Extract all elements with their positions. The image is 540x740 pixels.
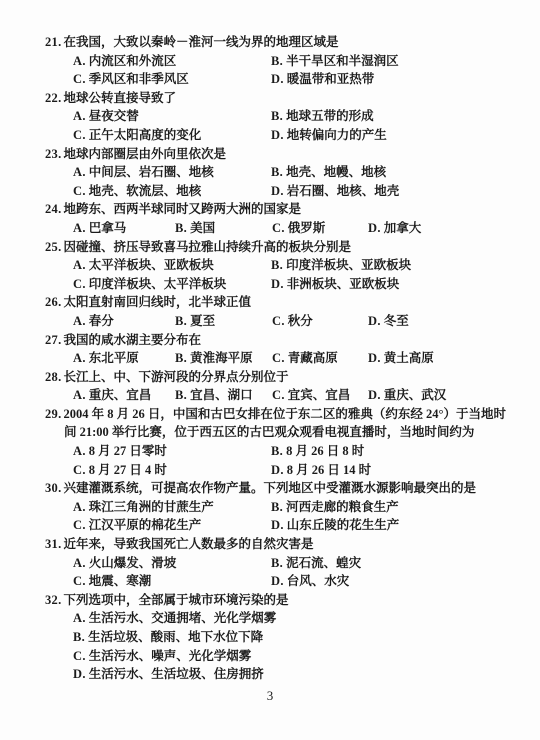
option-label: B. [73,630,85,644]
option: C.正午太阳高度的变化 [73,126,271,145]
options-group: A.珠江三角洲的甘蔗生产B.河西走廊的粮食生产C.江汉平原的棉花生产D.山东丘陵… [73,498,510,535]
question-number: 31. [45,537,62,551]
option-text: 正午太阳高度的变化 [89,128,202,142]
option-label: C. [272,388,285,402]
option-label: C. [73,463,86,477]
option: D.生活污水、生活垃圾、住房拥挤 [73,665,510,684]
option-label: A. [73,165,86,179]
option-label: C. [73,128,86,142]
option-label: B. [271,165,283,179]
option-label: D. [271,184,284,198]
option: B.泥石流、蝗灾 [271,554,510,573]
option: D.重庆、武汉 [368,386,510,405]
option-text: 重庆、武汉 [384,388,447,402]
option-text: 俄罗斯 [288,221,326,235]
option-text: 宜昌、湖口 [190,388,253,402]
question-head: 32.下列选项中，全部属于城市环境污染的是 [45,591,510,610]
question-item: 27.我国的咸水湖主要分布在A.东北平原B.黄淮海平原C.青藏高原D.黄土高原 [45,331,510,368]
option: B.宜昌、湖口 [175,386,272,405]
option-text: 黄淮海平原 [190,351,253,365]
option-text: 8 月 27 日零时 [89,444,167,458]
option-label: D. [368,388,381,402]
option: B.生活垃圾、酸雨、地下水位下降 [73,628,510,647]
question-text: 长江上、中、下游河段的分界点分别位于 [64,370,289,384]
option-label: D. [271,574,284,588]
option-label: C. [73,574,86,588]
question-item: 23.地球内部圈层由外向里依次是A.中间层、岩石圈、地核B.地壳、地幔、地核C.… [45,145,510,201]
option-text: 岩石圈、地核、地壳 [287,184,400,198]
option: B.夏至 [175,312,272,331]
option-text: 河西走廊的粮食生产 [286,500,399,514]
option-label: B. [271,258,283,272]
question-text: 在我国，大致以秦岭－淮河一线为界的地理区域是 [64,35,339,49]
question-head: 25.因碰撞、挤压导致喜马拉雅山持续升高的板块分别是 [45,238,510,257]
option-label: B. [175,351,187,365]
option-text: 泥石流、蝗灾 [286,556,361,570]
question-number: 24. [45,202,62,216]
question-head: 27.我国的咸水湖主要分布在 [45,331,510,350]
option-text: 生活污水、生活垃圾、住房拥挤 [89,667,264,681]
option-text: 加拿大 [384,221,422,235]
option: A.重庆、宜昌 [73,386,175,405]
option-text: 青藏高原 [288,351,338,365]
option-label: B. [271,556,283,570]
option: B.河西走廊的粮食生产 [271,498,510,517]
question-text: 下列选项中，全部属于城市环境污染的是 [64,593,289,607]
option-label: B. [271,109,283,123]
options-group: A.生活污水、交通拥堵、光化学烟雾B.生活垃圾、酸雨、地下水位下降C.生活污水、… [73,609,510,683]
option-text: 江汉平原的棉花生产 [89,518,202,532]
question-head: 29.2004 年 8 月 26 日，中国和古巴女排在位于东二区的雅典（约东经 … [45,405,510,442]
page-number: 3 [0,688,540,704]
question-head: 26.太阳直射南回归线时，北半球正值 [45,293,510,312]
option: C.生活污水、噪声、光化学烟雾 [73,647,510,666]
question-number: 27. [45,333,62,347]
option-label: A. [73,388,86,402]
option: D.地转偏向力的产生 [271,126,510,145]
option-text: 生活垃圾、酸雨、地下水位下降 [88,630,263,644]
option: A.昼夜交替 [73,107,271,126]
options-group: A.内流区和外流区B.半干旱区和半湿润区C.季风区和非季风区D.暖温带和亚热带 [73,52,510,89]
option: D.暖温带和亚热带 [271,70,510,89]
option-text: 半干旱区和半湿润区 [286,54,399,68]
question-item: 24.地跨东、西两半球同时又跨两大洲的国家是A.巴拿马B.美国C.俄罗斯D.加拿… [45,200,510,237]
option: D.冬至 [368,312,510,331]
options-group: A.春分B.夏至C.秋分D.冬至 [73,312,510,331]
option: B.美国 [175,219,272,238]
question-text: 地跨东、西两半球同时又跨两大洲的国家是 [64,202,302,216]
option-label: A. [73,556,86,570]
question-text: 太阳直射南回归线时，北半球正值 [64,295,252,309]
option-label: C. [73,518,86,532]
question-item: 30.兴建灌溉系统，可提高农作物产量。下列地区中受灌溉水源影响最突出的是A.珠江… [45,479,510,535]
option-label: D. [368,351,381,365]
option-label: A. [73,351,86,365]
option: D.黄土高原 [368,349,510,368]
option-text: 火山爆发、滑坡 [89,556,177,570]
question-text: 2004 年 8 月 26 日，中国和古巴女排在位于东二区的雅典（约东经 24°… [64,407,507,440]
options-group: A.火山爆发、滑坡B.泥石流、蝗灾C.地震、寒潮D.台风、水灾 [73,554,510,591]
option: A.8 月 27 日零时 [73,442,271,461]
option: C.江汉平原的棉花生产 [73,516,271,535]
option-label: A. [73,314,86,328]
question-number: 21. [45,35,62,49]
option: B.印度洋板块、亚欧板块 [271,256,510,275]
option-text: 8 月 27 日 4 时 [89,463,167,477]
option: D.岩石圈、地核、地壳 [271,182,510,201]
option: B.地球五带的形成 [271,107,510,126]
question-item: 25.因碰撞、挤压导致喜马拉雅山持续升高的板块分别是A.太平洋板块、亚欧板块B.… [45,238,510,294]
option: D.非洲板块、亚欧板块 [271,275,510,294]
option: A.中间层、岩石圈、地核 [73,163,271,182]
option: A.生活污水、交通拥堵、光化学烟雾 [73,609,510,628]
option: A.春分 [73,312,175,331]
question-number: 25. [45,240,62,254]
option: D.台风、水灾 [271,572,510,591]
option-text: 黄土高原 [384,351,434,365]
option-label: D. [368,221,381,235]
question-item: 28.长江上、中、下游河段的分界点分别位于A.重庆、宜昌B.宜昌、湖口C.宜宾、… [45,368,510,405]
options-group: A.8 月 27 日零时B.8 月 26 日 8 时C.8 月 27 日 4 时… [73,442,510,479]
option-text: 美国 [190,221,215,235]
question-number: 32. [45,593,62,607]
question-text: 近年来，导致我国死亡人数最多的自然灾害是 [64,537,314,551]
option-text: 地球五带的形成 [286,109,374,123]
option-label: A. [73,500,86,514]
option: D.加拿大 [368,219,510,238]
option: A.珠江三角洲的甘蔗生产 [73,498,271,517]
question-number: 26. [45,295,62,309]
option-text: 东北平原 [89,351,139,365]
option-text: 暖温带和亚热带 [287,72,375,86]
question-item: 32.下列选项中，全部属于城市环境污染的是A.生活污水、交通拥堵、光化学烟雾B.… [45,591,510,684]
options-group: A.昼夜交替B.地球五带的形成C.正午太阳高度的变化D.地转偏向力的产生 [73,107,510,144]
option-text: 太平洋板块、亚欧板块 [89,258,214,272]
option-label: B. [271,444,283,458]
option-label: D. [271,277,284,291]
option-label: B. [175,221,187,235]
question-text: 我国的咸水湖主要分布在 [64,333,202,347]
option-text: 生活污水、交通拥堵、光化学烟雾 [89,611,277,625]
option: C.地震、寒潮 [73,572,271,591]
options-group: A.巴拿马B.美国C.俄罗斯D.加拿大 [73,219,510,238]
question-text: 因碰撞、挤压导致喜马拉雅山持续升高的板块分别是 [64,240,352,254]
option: A.东北平原 [73,349,175,368]
option-text: 宜宾、宜昌 [288,388,351,402]
option-text: 珠江三角洲的甘蔗生产 [89,500,214,514]
question-item: 29.2004 年 8 月 26 日，中国和古巴女排在位于东二区的雅典（约东经 … [45,405,510,479]
options-group: A.重庆、宜昌B.宜昌、湖口C.宜宾、宜昌D.重庆、武汉 [73,386,510,405]
option-text: 夏至 [190,314,215,328]
option-label: B. [271,54,283,68]
option-text: 生活污水、噪声、光化学烟雾 [89,649,252,663]
option-label: D. [271,463,284,477]
option: A.火山爆发、滑坡 [73,554,271,573]
question-head: 24.地跨东、西两半球同时又跨两大洲的国家是 [45,200,510,219]
question-number: 28. [45,370,62,384]
option-label: D. [271,518,284,532]
question-head: 23.地球内部圈层由外向里依次是 [45,145,510,164]
option-text: 8 月 26 日 8 时 [286,444,364,458]
question-item: 26.太阳直射南回归线时，北半球正值A.春分B.夏至C.秋分D.冬至 [45,293,510,330]
option: A.巴拿马 [73,219,175,238]
option: D.山东丘陵的花生生产 [271,516,510,535]
question-text: 地球内部圈层由外向里依次是 [64,147,227,161]
option-text: 印度洋板块、太平洋板块 [89,277,227,291]
option: C.宜宾、宜昌 [272,386,368,405]
option-text: 春分 [89,314,114,328]
question-head: 21.在我国，大致以秦岭－淮河一线为界的地理区域是 [45,33,510,52]
exam-page: 21.在我国，大致以秦岭－淮河一线为界的地理区域是A.内流区和外流区B.半干旱区… [0,0,540,740]
option-label: D. [73,667,86,681]
question-head: 30.兴建灌溉系统，可提高农作物产量。下列地区中受灌溉水源影响最突出的是 [45,479,510,498]
question-text: 兴建灌溉系统，可提高农作物产量。下列地区中受灌溉水源影响最突出的是 [64,481,477,495]
option-label: C. [73,72,86,86]
option-text: 地震、寒潮 [89,574,152,588]
option-text: 秋分 [288,314,313,328]
option-text: 冬至 [384,314,409,328]
option-label: D. [271,72,284,86]
question-item: 21.在我国，大致以秦岭－淮河一线为界的地理区域是A.内流区和外流区B.半干旱区… [45,33,510,89]
option-label: A. [73,221,86,235]
option: B.半干旱区和半湿润区 [271,52,510,71]
option: C.地壳、软流层、地核 [73,182,271,201]
option: B.8 月 26 日 8 时 [271,442,510,461]
option: C.8 月 27 日 4 时 [73,461,271,480]
option-label: C. [73,184,86,198]
option-label: B. [175,314,187,328]
option-text: 重庆、宜昌 [89,388,152,402]
option-label: A. [73,444,86,458]
option: A.内流区和外流区 [73,52,271,71]
option-label: C. [73,277,86,291]
option-text: 非洲板块、亚欧板块 [287,277,400,291]
option: B.地壳、地幔、地核 [271,163,510,182]
question-number: 29. [45,407,62,421]
options-group: A.太平洋板块、亚欧板块B.印度洋板块、亚欧板块C.印度洋板块、太平洋板块D.非… [73,256,510,293]
option-label: C. [272,314,285,328]
question-item: 31.近年来，导致我国死亡人数最多的自然灾害是A.火山爆发、滑坡B.泥石流、蝗灾… [45,535,510,591]
option-text: 山东丘陵的花生生产 [287,518,400,532]
option: C.印度洋板块、太平洋板块 [73,275,271,294]
option-text: 内流区和外流区 [89,54,177,68]
option-label: B. [175,388,187,402]
option-label: A. [73,109,86,123]
option-text: 地转偏向力的产生 [287,128,387,142]
option-text: 中间层、岩石圈、地核 [89,165,214,179]
option-text: 印度洋板块、亚欧板块 [286,258,411,272]
question-number: 30. [45,481,62,495]
question-number: 23. [45,147,62,161]
question-text: 地球公转直接导致了 [64,91,177,105]
option: C.青藏高原 [272,349,368,368]
question-number: 22. [45,91,62,105]
option: A.太平洋板块、亚欧板块 [73,256,271,275]
option-text: 8 月 26 日 14 时 [287,463,371,477]
option-text: 地壳、软流层、地核 [89,184,202,198]
options-group: A.中间层、岩石圈、地核B.地壳、地幔、地核C.地壳、软流层、地核D.岩石圈、地… [73,163,510,200]
option: C.俄罗斯 [272,219,368,238]
option-text: 季风区和非季风区 [89,72,189,86]
option: B.黄淮海平原 [175,349,272,368]
question-item: 22.地球公转直接导致了A.昼夜交替B.地球五带的形成C.正午太阳高度的变化D.… [45,89,510,145]
question-head: 22.地球公转直接导致了 [45,89,510,108]
option-label: D. [368,314,381,328]
questions-list: 21.在我国，大致以秦岭－淮河一线为界的地理区域是A.内流区和外流区B.半干旱区… [45,33,510,684]
option-label: A. [73,611,86,625]
option-label: C. [272,221,285,235]
option: C.秋分 [272,312,368,331]
option-label: B. [271,500,283,514]
option-text: 台风、水灾 [287,574,350,588]
option-label: A. [73,258,86,272]
option-label: C. [73,649,86,663]
option-text: 地壳、地幔、地核 [286,165,386,179]
options-group: A.东北平原B.黄淮海平原C.青藏高原D.黄土高原 [73,349,510,368]
question-head: 28.长江上、中、下游河段的分界点分别位于 [45,368,510,387]
option-label: C. [272,351,285,365]
option-text: 巴拿马 [89,221,127,235]
option-text: 昼夜交替 [89,109,139,123]
option-label: D. [271,128,284,142]
option: D.8 月 26 日 14 时 [271,461,510,480]
option-label: A. [73,54,86,68]
question-head: 31.近年来，导致我国死亡人数最多的自然灾害是 [45,535,510,554]
option: C.季风区和非季风区 [73,70,271,89]
